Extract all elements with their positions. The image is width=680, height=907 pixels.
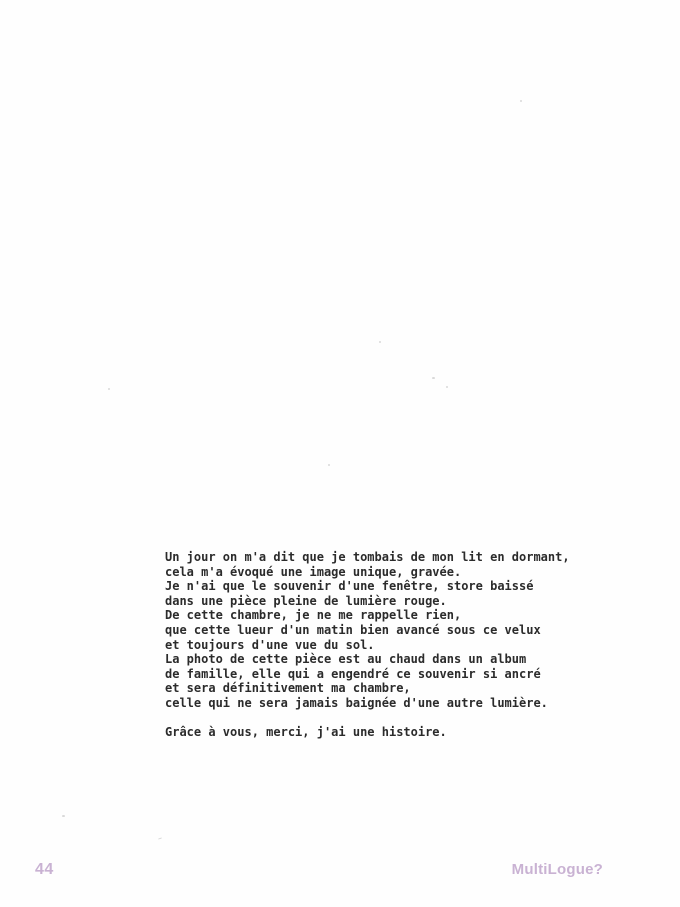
scan-speckle bbox=[432, 377, 435, 379]
scan-speckle bbox=[520, 100, 522, 102]
poem-text: Un jour on m'a dit que je tombais de mon… bbox=[165, 550, 570, 740]
page-number: 44 bbox=[35, 861, 54, 879]
scan-speckle bbox=[62, 815, 65, 817]
scan-speckle bbox=[446, 386, 448, 388]
scan-speckle bbox=[379, 341, 381, 343]
journal-title: MultiLogue? bbox=[512, 861, 603, 878]
scanned-book-page: Un jour on m'a dit que je tombais de mon… bbox=[0, 0, 680, 907]
scan-speckle bbox=[328, 464, 330, 466]
scan-speckle bbox=[108, 388, 110, 390]
scan-speckle bbox=[158, 837, 162, 839]
